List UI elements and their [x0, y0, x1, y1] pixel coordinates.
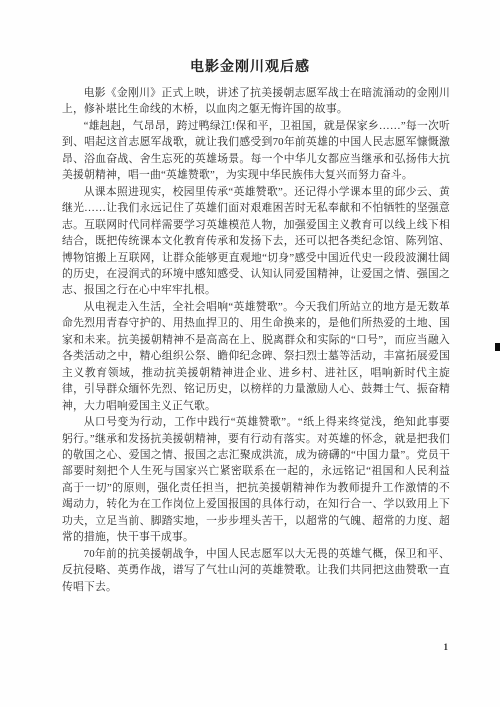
essay-paragraph-5: 从口号变为行动，工作中践行“英雄赞歌”。“纸上得来终觉浅，绝知此事要躬行。”继承… [62, 414, 450, 546]
essay-title: 电影金刚川观后感 [0, 56, 500, 76]
essay-paragraph-3: 从课本照进现实，校园里传承“英雄赞歌”。还记得小学课本里的邱少云、黄继光……让我… [62, 184, 450, 299]
essay-paragraph-6: 70年前的抗美援朝战争，中国人民志愿军以大无畏的英雄气概，保卫和平、反抗侵略、英… [62, 546, 450, 595]
scan-artifact-dot [495, 343, 500, 351]
essay-body: 电影《金刚川》正式上映，讲述了抗美援朝志愿军战士在暗流涌动的金刚川上，修补堪比生… [0, 85, 500, 595]
document-page: 电影金刚川观后感 电影《金刚川》正式上映，讲述了抗美援朝志愿军战士在暗流涌动的金… [0, 0, 500, 707]
page-number: 1 [444, 642, 449, 652]
essay-paragraph-4: 从电视走入生活，全社会唱响“英雄赞歌”。今天我们所站立的地方是无数革命先烈用青春… [62, 299, 450, 414]
essay-paragraph-1: 电影《金刚川》正式上映，讲述了抗美援朝志愿军战士在暗流涌动的金刚川上，修补堪比生… [62, 85, 450, 118]
essay-paragraph-2: “雄赳赳，气昂昂，跨过鸭绿江!保和平，卫祖国，就是保家乡……”每一次听到、唱起这… [62, 118, 450, 184]
